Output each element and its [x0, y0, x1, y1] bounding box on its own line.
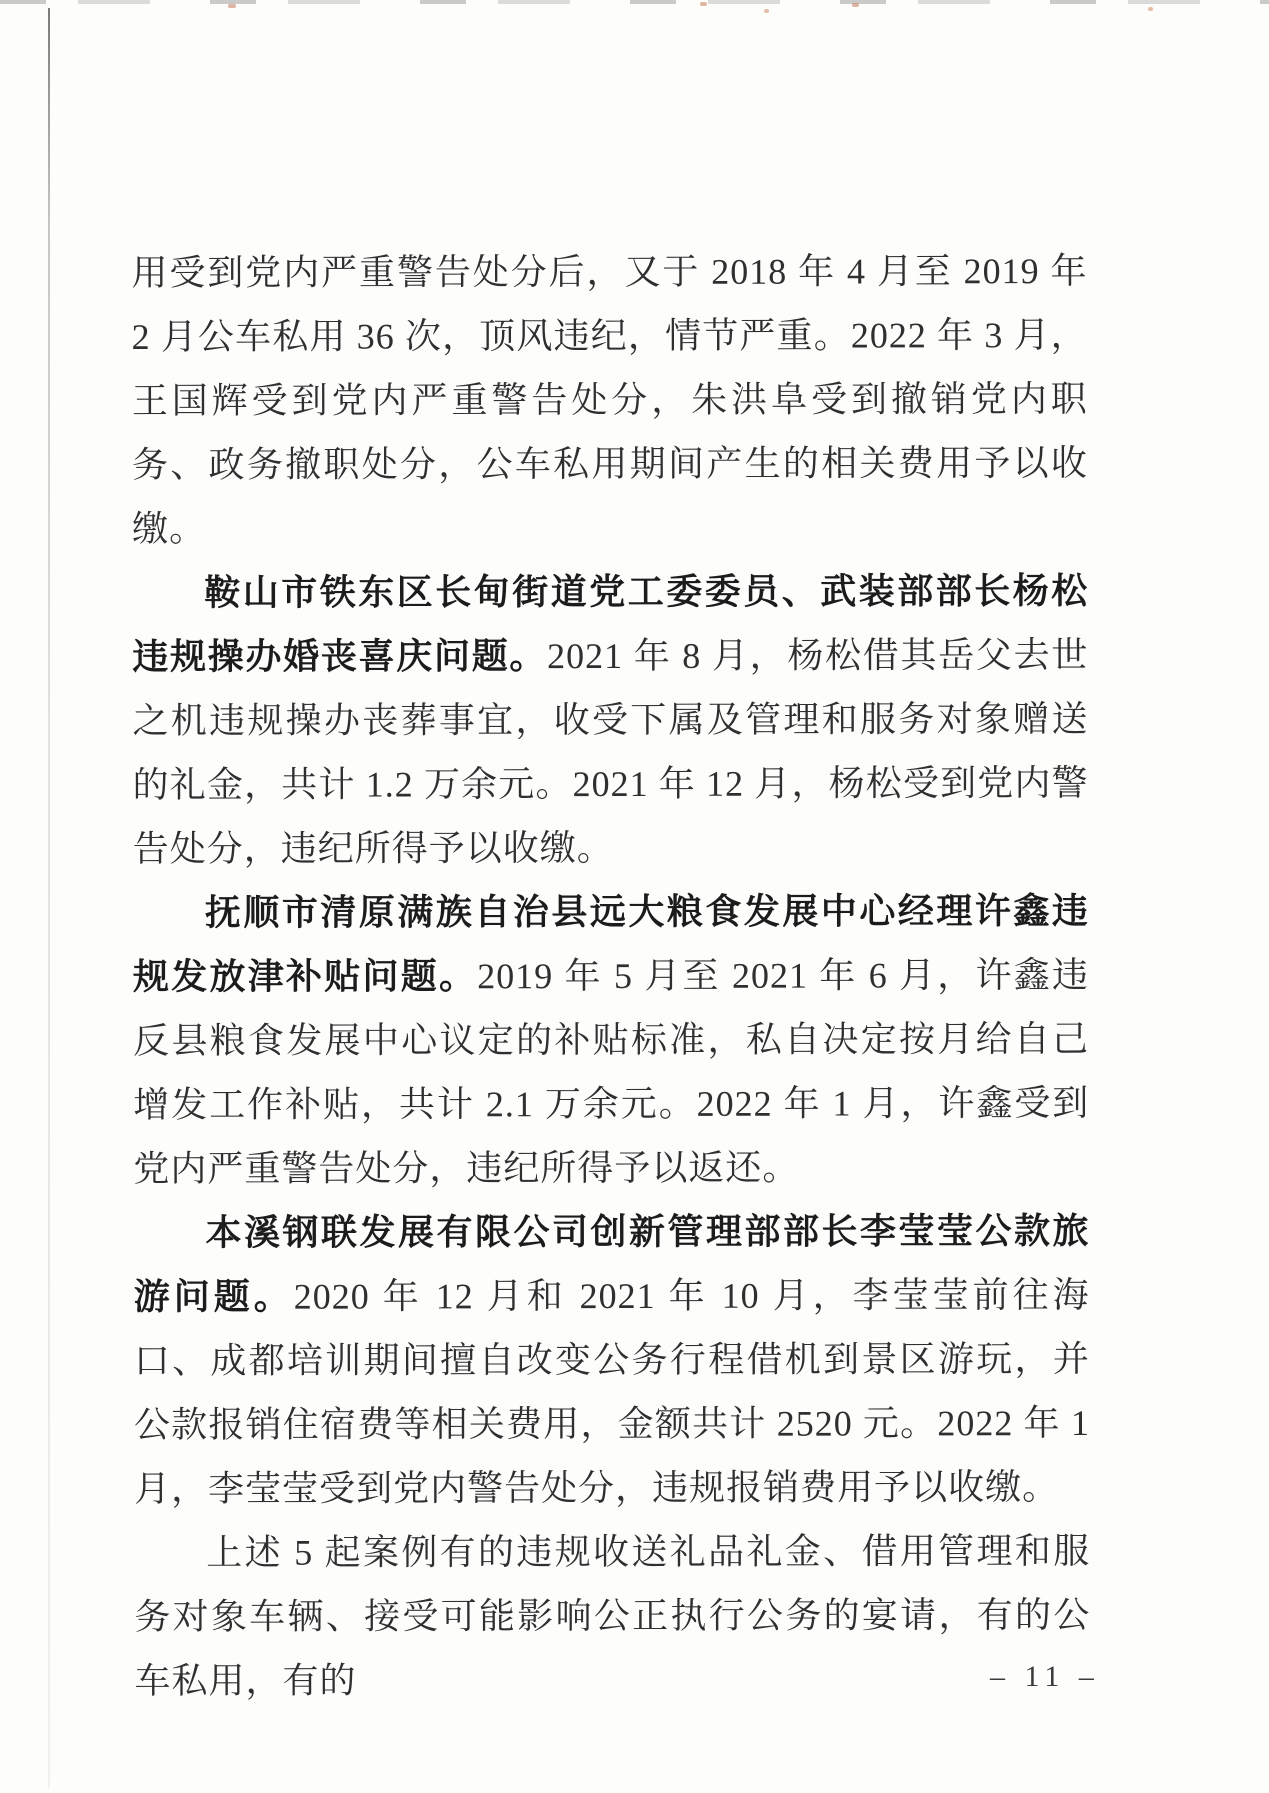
scan-artifact — [700, 2, 707, 6]
scan-artifact — [852, 3, 859, 7]
document-body: 用受到党内严重警告处分后，又于 2018 年 4 月至 2019 年 2 月公车… — [131, 239, 1090, 1713]
paragraph: 上述 5 起案例有的违规收送礼品礼金、借用管理和服务对象车辆、接受可能影响公正执… — [134, 1519, 1090, 1713]
scanned-document-page: 用受到党内严重警告处分后，又于 2018 年 4 月至 2019 年 2 月公车… — [0, 0, 1269, 1793]
scan-artifact — [228, 4, 236, 8]
paragraph: 抚顺市清原满族自治县远大粮食发展中心经理许鑫违规发放津补贴问题。2019 年 5… — [133, 879, 1090, 1201]
scan-artifact — [764, 9, 769, 13]
paragraph: 用受到党内严重警告处分后，又于 2018 年 4 月至 2019 年 2 月公车… — [131, 239, 1088, 561]
scan-edge-artifact — [0, 0, 1269, 4]
paragraph-text: 上述 5 起案例有的违规收送礼品礼金、借用管理和服务对象车辆、接受可能影响公正执… — [134, 1531, 1090, 1701]
scan-artifact — [1148, 7, 1153, 11]
scan-fold-line-artifact — [48, 8, 50, 1788]
paragraph: 鞍山市铁东区长甸街道党工委委员、武装部部长杨松违规操办婚丧喜庆问题。2021 年… — [132, 559, 1089, 881]
paragraph-text: 用受到党内严重警告处分后，又于 2018 年 4 月至 2019 年 2 月公车… — [131, 251, 1087, 549]
paragraph: 本溪钢联发展有限公司创新管理部部长李莹莹公款旅游问题。2020 年 12 月和 … — [133, 1199, 1090, 1521]
page-number: – 11 – — [990, 1660, 1100, 1694]
